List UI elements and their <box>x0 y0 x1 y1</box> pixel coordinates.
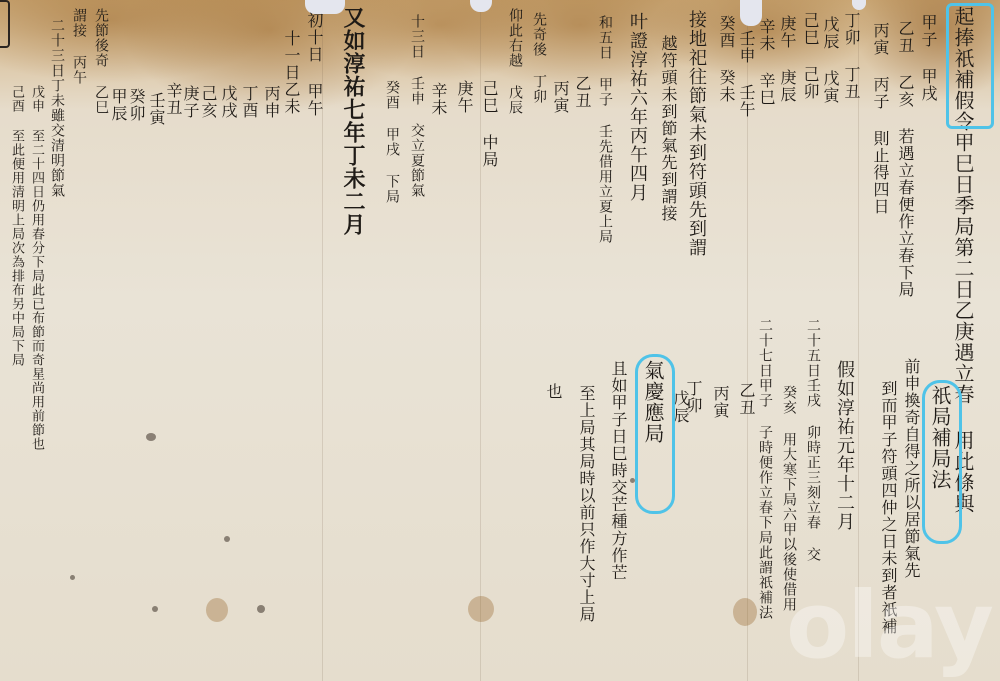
text-column: 庚午 <box>456 80 472 114</box>
text-column: 庚午 庚辰 <box>779 15 795 103</box>
text-column: 越符頭未到節氣先到謂接 <box>660 35 676 222</box>
binding-edge-mark <box>0 0 10 48</box>
water-stain <box>733 598 757 626</box>
text-column: 己亥 <box>200 85 216 119</box>
text-column: 叶證淳祐六年丙午四月 <box>628 12 646 202</box>
text-column: 初十日 甲午 <box>306 12 322 117</box>
text-column: 癸酉 甲戌 下局 <box>385 80 399 204</box>
text-column: 庚子 <box>182 85 198 119</box>
text-column: 己巳 中局 <box>481 80 497 168</box>
text-column: 己巳 己卯 <box>802 12 818 100</box>
ink-speck <box>70 575 75 580</box>
text-column: 癸酉 癸未 <box>718 15 734 103</box>
text-column: 也 <box>545 383 561 400</box>
manuscript-page: 起捧祇補假令甲巳日季局第二日乙庚遇立春 用此條與 甲子 甲戌 乙丑 乙亥 若遇立… <box>0 0 1000 681</box>
torn-edge <box>470 0 492 12</box>
text-column: 丙寅 <box>712 385 728 419</box>
text-column: 癸卯 <box>128 88 144 122</box>
text-column: 戊辰 戊寅 <box>822 16 838 104</box>
ink-speck <box>152 606 158 612</box>
water-stain <box>468 596 494 622</box>
annotation-highlight-center <box>635 354 675 514</box>
torn-edge <box>852 0 866 10</box>
text-column: 十一日乙未 <box>283 30 299 115</box>
text-column: 乙丑 <box>574 75 590 109</box>
text-column: 戊戌 <box>220 85 236 119</box>
text-column: 丁酉 <box>241 85 257 119</box>
text-column: 壬寅 <box>148 92 164 126</box>
text-column: 仰此右越 戊辰 <box>508 8 522 115</box>
text-column: 丙寅 丙子 則止得四日 <box>872 22 888 215</box>
text-column: 十三日 壬申 交立夏節氣 <box>410 14 424 198</box>
text-column: 乙丑 <box>738 382 754 416</box>
text-column: 先奇後 丁卯 <box>532 12 546 104</box>
text-column: 壬申 壬午 <box>738 30 754 118</box>
text-column: 接地祀往節氣未到符頭先到謂 <box>687 10 705 257</box>
annotation-highlight-top-right <box>946 3 994 129</box>
text-column: 乙丑 乙亥 若遇立春便作立春下局 <box>897 20 913 298</box>
text-column: 甲子 甲戌 <box>920 14 936 102</box>
text-column: 丙申 <box>263 85 279 119</box>
text-column: 二十三日丁未雖交清明節氣 <box>50 18 64 198</box>
text-column: 二十七日甲子 子時便作立春下局此謂祇補法 <box>758 318 772 620</box>
text-column: 甲辰 <box>110 88 126 122</box>
text-column: 丙寅 <box>552 80 568 114</box>
text-column: 至上局其局時以前只作大寸上局 <box>578 385 594 623</box>
text-column: 己酉 至此便用清明上局次為排布另中局下局 <box>10 85 23 367</box>
ink-speck <box>257 605 265 613</box>
text-column: 辛未 <box>430 82 446 116</box>
text-column: 二十五日壬戌 卯時正三刻立春 交 <box>806 318 820 562</box>
text-column: 又如淳祐七年丁未二月 <box>342 6 364 236</box>
water-stain <box>206 598 228 622</box>
text-column: 謂接 丙午 <box>72 8 86 85</box>
text-column: 戊申 至二十四日仍用春分下局此已布節而奇星尚用前節也 <box>30 85 43 451</box>
text-column: 且如甲子日巳時交芒種方作芒 <box>610 360 626 581</box>
text-column: 丁卯 丁丑 <box>843 12 859 100</box>
annotation-highlight-right-middle <box>922 380 962 544</box>
text-column: 和五日 甲子 壬先借用立夏上局 <box>598 15 612 244</box>
text-column: 先節後奇 乙巳 <box>94 8 108 115</box>
ink-speck <box>224 536 230 542</box>
text-column: 前申換奇自得之所以居節氣先 <box>903 358 919 579</box>
text-column: 辛丑 <box>165 82 181 116</box>
watermark: olay <box>786 572 992 679</box>
text-column: 辛未 辛巳 <box>758 18 774 106</box>
text-column: 假如淳祐元年十二月 <box>835 360 853 531</box>
ink-speck <box>146 433 156 441</box>
